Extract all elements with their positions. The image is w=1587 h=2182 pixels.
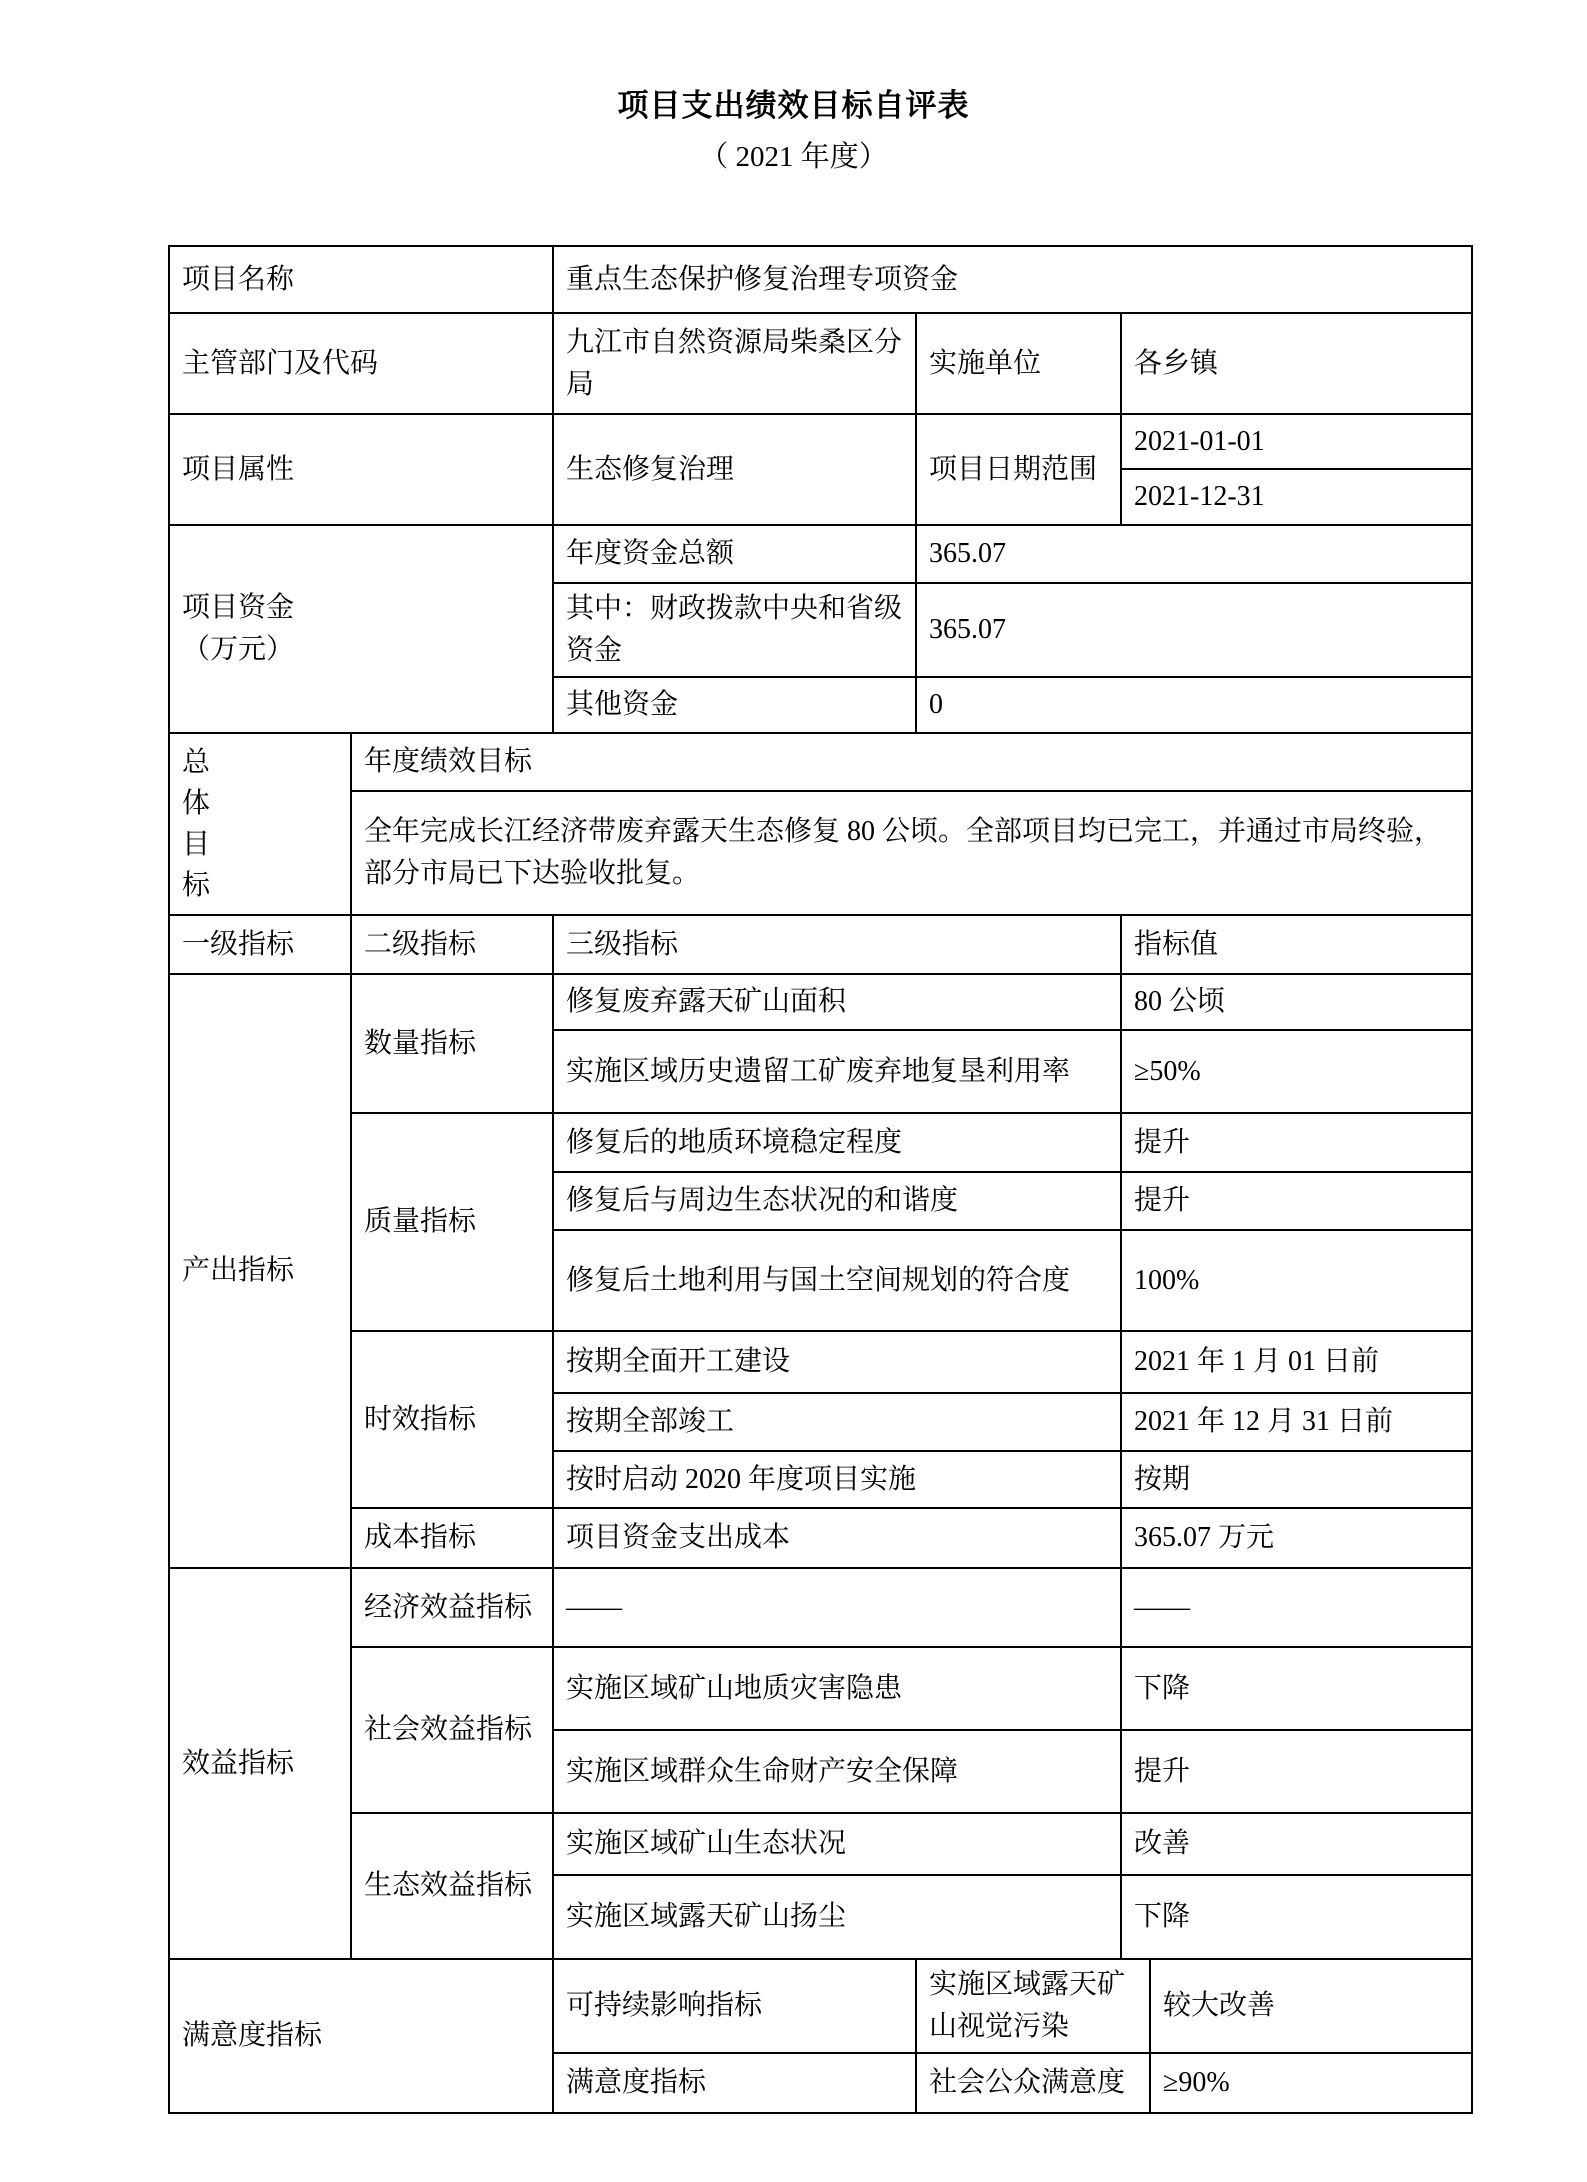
funding-row-0-value: 365.07 <box>916 525 1472 583</box>
overall-goal-label-chars: 总 体 目 标 <box>182 742 338 906</box>
quality-row-2-name: 修复后土地利用与国土空间规划的符合度 <box>553 1230 1121 1331</box>
overall-goal-label: 总 体 目 标 <box>169 733 351 915</box>
overall-goal-char-0: 总 <box>182 742 338 783</box>
ecological-row-0-name: 实施区域矿山生态状况 <box>553 1813 1121 1875</box>
funding-row-1-value: 365.07 <box>916 583 1472 677</box>
sustainability-value: 较大改善 <box>1150 1959 1472 2053</box>
satisfaction-row-label: 满意度指标 <box>553 2053 916 2113</box>
funding-row-0-name: 年度资金总额 <box>553 525 916 583</box>
timeliness-row-1-value: 2021 年 12 月 31 日前 <box>1121 1393 1472 1451</box>
quality-row-1-value: 提升 <box>1121 1172 1472 1230</box>
header-level1: 一级指标 <box>169 915 351 974</box>
quantity-row-0-name: 修复废弃露天矿山面积 <box>553 974 1121 1030</box>
quantity-row-0-value: 80 公顷 <box>1121 974 1472 1030</box>
social-row-0-name: 实施区域矿山地质灾害隐患 <box>553 1647 1121 1730</box>
cost-row-0-name: 项目资金支出成本 <box>553 1508 1121 1568</box>
date-range-label: 项目日期范围 <box>916 414 1121 525</box>
economic-label: 经济效益指标 <box>351 1568 553 1647</box>
social-label: 社会效益指标 <box>351 1647 553 1813</box>
quantity-row-1-name: 实施区域历史遗留工矿废弃地复垦利用率 <box>553 1030 1121 1113</box>
social-row-1-value: 提升 <box>1121 1730 1472 1813</box>
funding-row-2-value: 0 <box>916 677 1472 733</box>
quality-row-1-name: 修复后与周边生态状况的和谐度 <box>553 1172 1121 1230</box>
project-name-label: 项目名称 <box>169 246 553 313</box>
page-subtitle: （ 2021 年度） <box>0 134 1587 175</box>
cost-row-0-value: 365.07 万元 <box>1121 1508 1472 1568</box>
date-end: 2021-12-31 <box>1121 469 1472 525</box>
timeliness-label: 时效指标 <box>351 1331 553 1508</box>
timeliness-row-0-value: 2021 年 1 月 01 日前 <box>1121 1331 1472 1393</box>
overall-goal-char-2: 目 <box>182 824 338 865</box>
date-start: 2021-01-01 <box>1121 414 1472 469</box>
annual-goal-text: 全年完成长江经济带废弃露天生态修复 80 公顷。全部项目均已完工，并通过市局终验… <box>351 791 1472 915</box>
ecological-row-1-name: 实施区域露天矿山扬尘 <box>553 1875 1121 1959</box>
timeliness-row-2-name: 按时启动 2020 年度项目实施 <box>553 1451 1121 1508</box>
satisfaction-row-name: 社会公众满意度 <box>916 2053 1150 2113</box>
document-page: 项目支出绩效目标自评表 （ 2021 年度） 项目名称 重点生态保护修复治理专项… <box>0 0 1587 2182</box>
overall-goal-char-3: 标 <box>182 865 338 906</box>
overall-goal-char-1: 体 <box>182 783 338 824</box>
social-row-1-name: 实施区域群众生命财产安全保障 <box>553 1730 1121 1813</box>
header-value: 指标值 <box>1121 915 1472 974</box>
funding-label: 项目资金 （万元） <box>169 525 553 733</box>
header-level2: 二级指标 <box>351 915 553 974</box>
impl-unit-label: 实施单位 <box>916 313 1121 414</box>
output-label: 产出指标 <box>169 974 351 1568</box>
benefit-label: 效益指标 <box>169 1568 351 1959</box>
sustainability-name: 实施区域露天矿山视觉污染 <box>916 1959 1150 2053</box>
timeliness-row-1-name: 按期全部竣工 <box>553 1393 1121 1451</box>
attribute-label: 项目属性 <box>169 414 553 525</box>
social-row-0-value: 下降 <box>1121 1647 1472 1730</box>
quality-row-2-value: 100% <box>1121 1230 1472 1331</box>
project-name-value: 重点生态保护修复治理专项资金 <box>553 246 1472 313</box>
funding-label-line2: （万元） <box>182 629 540 671</box>
quality-row-0-value: 提升 <box>1121 1113 1472 1172</box>
ecological-row-0-value: 改善 <box>1121 1813 1472 1875</box>
funding-row-1-name: 其中：财政拨款中央和省级资金 <box>553 583 916 677</box>
quality-label: 质量指标 <box>351 1113 553 1331</box>
quantity-row-1-value: ≥50% <box>1121 1030 1472 1113</box>
timeliness-row-2-value: 按期 <box>1121 1451 1472 1508</box>
economic-row-0-name: —— <box>553 1568 1121 1647</box>
quality-row-0-name: 修复后的地质环境稳定程度 <box>553 1113 1121 1172</box>
ecological-row-1-value: 下降 <box>1121 1875 1472 1959</box>
satisfaction-section-label: 满意度指标 <box>169 1959 553 2113</box>
department-label: 主管部门及代码 <box>169 313 553 414</box>
header-level3: 三级指标 <box>553 915 1121 974</box>
funding-row-2-name: 其他资金 <box>553 677 916 733</box>
satisfaction-row-value: ≥90% <box>1150 2053 1472 2113</box>
performance-table: 项目名称 重点生态保护修复治理专项资金 主管部门及代码 九江市自然资源局柴桑区分… <box>168 245 1473 2114</box>
quantity-label: 数量指标 <box>351 974 553 1113</box>
department-value: 九江市自然资源局柴桑区分局 <box>553 313 916 414</box>
impl-unit-value: 各乡镇 <box>1121 313 1472 414</box>
ecological-label: 生态效益指标 <box>351 1813 553 1959</box>
funding-label-line1: 项目资金 <box>182 587 540 629</box>
cost-label: 成本指标 <box>351 1508 553 1568</box>
economic-row-0-value: —— <box>1121 1568 1472 1647</box>
timeliness-row-0-name: 按期全面开工建设 <box>553 1331 1121 1393</box>
annual-goal-header: 年度绩效目标 <box>351 733 1472 791</box>
sustainability-label: 可持续影响指标 <box>553 1959 916 2053</box>
attribute-value: 生态修复治理 <box>553 414 916 525</box>
page-title: 项目支出绩效目标自评表 <box>0 80 1587 125</box>
